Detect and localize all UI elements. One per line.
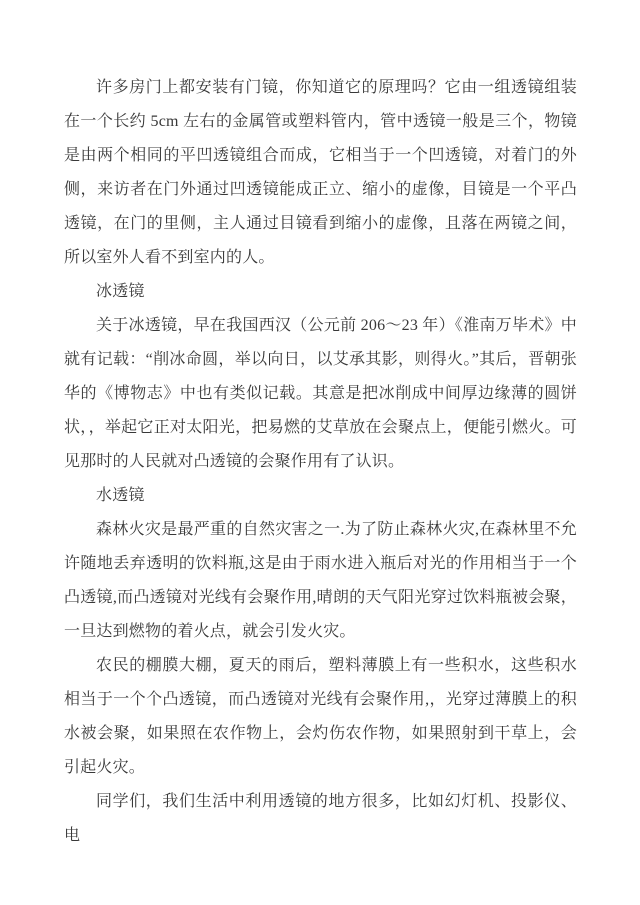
paragraph-greenhouse: 农民的棚膜大棚，夏天的雨后，塑料薄膜上有一些积水，这些积水相当于一个个凸透镜，而… <box>64 649 577 785</box>
paragraph-lens-applications: 同学们，我们生活中利用透镜的地方很多，比如幻灯机、投影仪、电 <box>64 785 577 853</box>
section-heading-water-lens: 水透镜 <box>64 479 577 513</box>
paragraph-door-viewer: 许多房门上都安装有门镜，你知道它的原理吗？它由一组透镜组装在一个长约 5cm 左… <box>64 71 577 275</box>
section-heading-ice-lens: 冰透镜 <box>64 275 577 309</box>
paragraph-ice-lens: 关于冰透镜，早在我国西汉（公元前 206～23 年）《淮南万毕术》中就有记载：“… <box>64 309 577 479</box>
paragraph-forest-fire: 森林火灾是最严重的自然灾害之一.为了防止森林火灾,在森林里不允许随地丢弃透明的饮… <box>64 513 577 649</box>
document-page: 许多房门上都安装有门镜，你知道它的原理吗？它由一组透镜组装在一个长约 5cm 左… <box>0 0 640 905</box>
